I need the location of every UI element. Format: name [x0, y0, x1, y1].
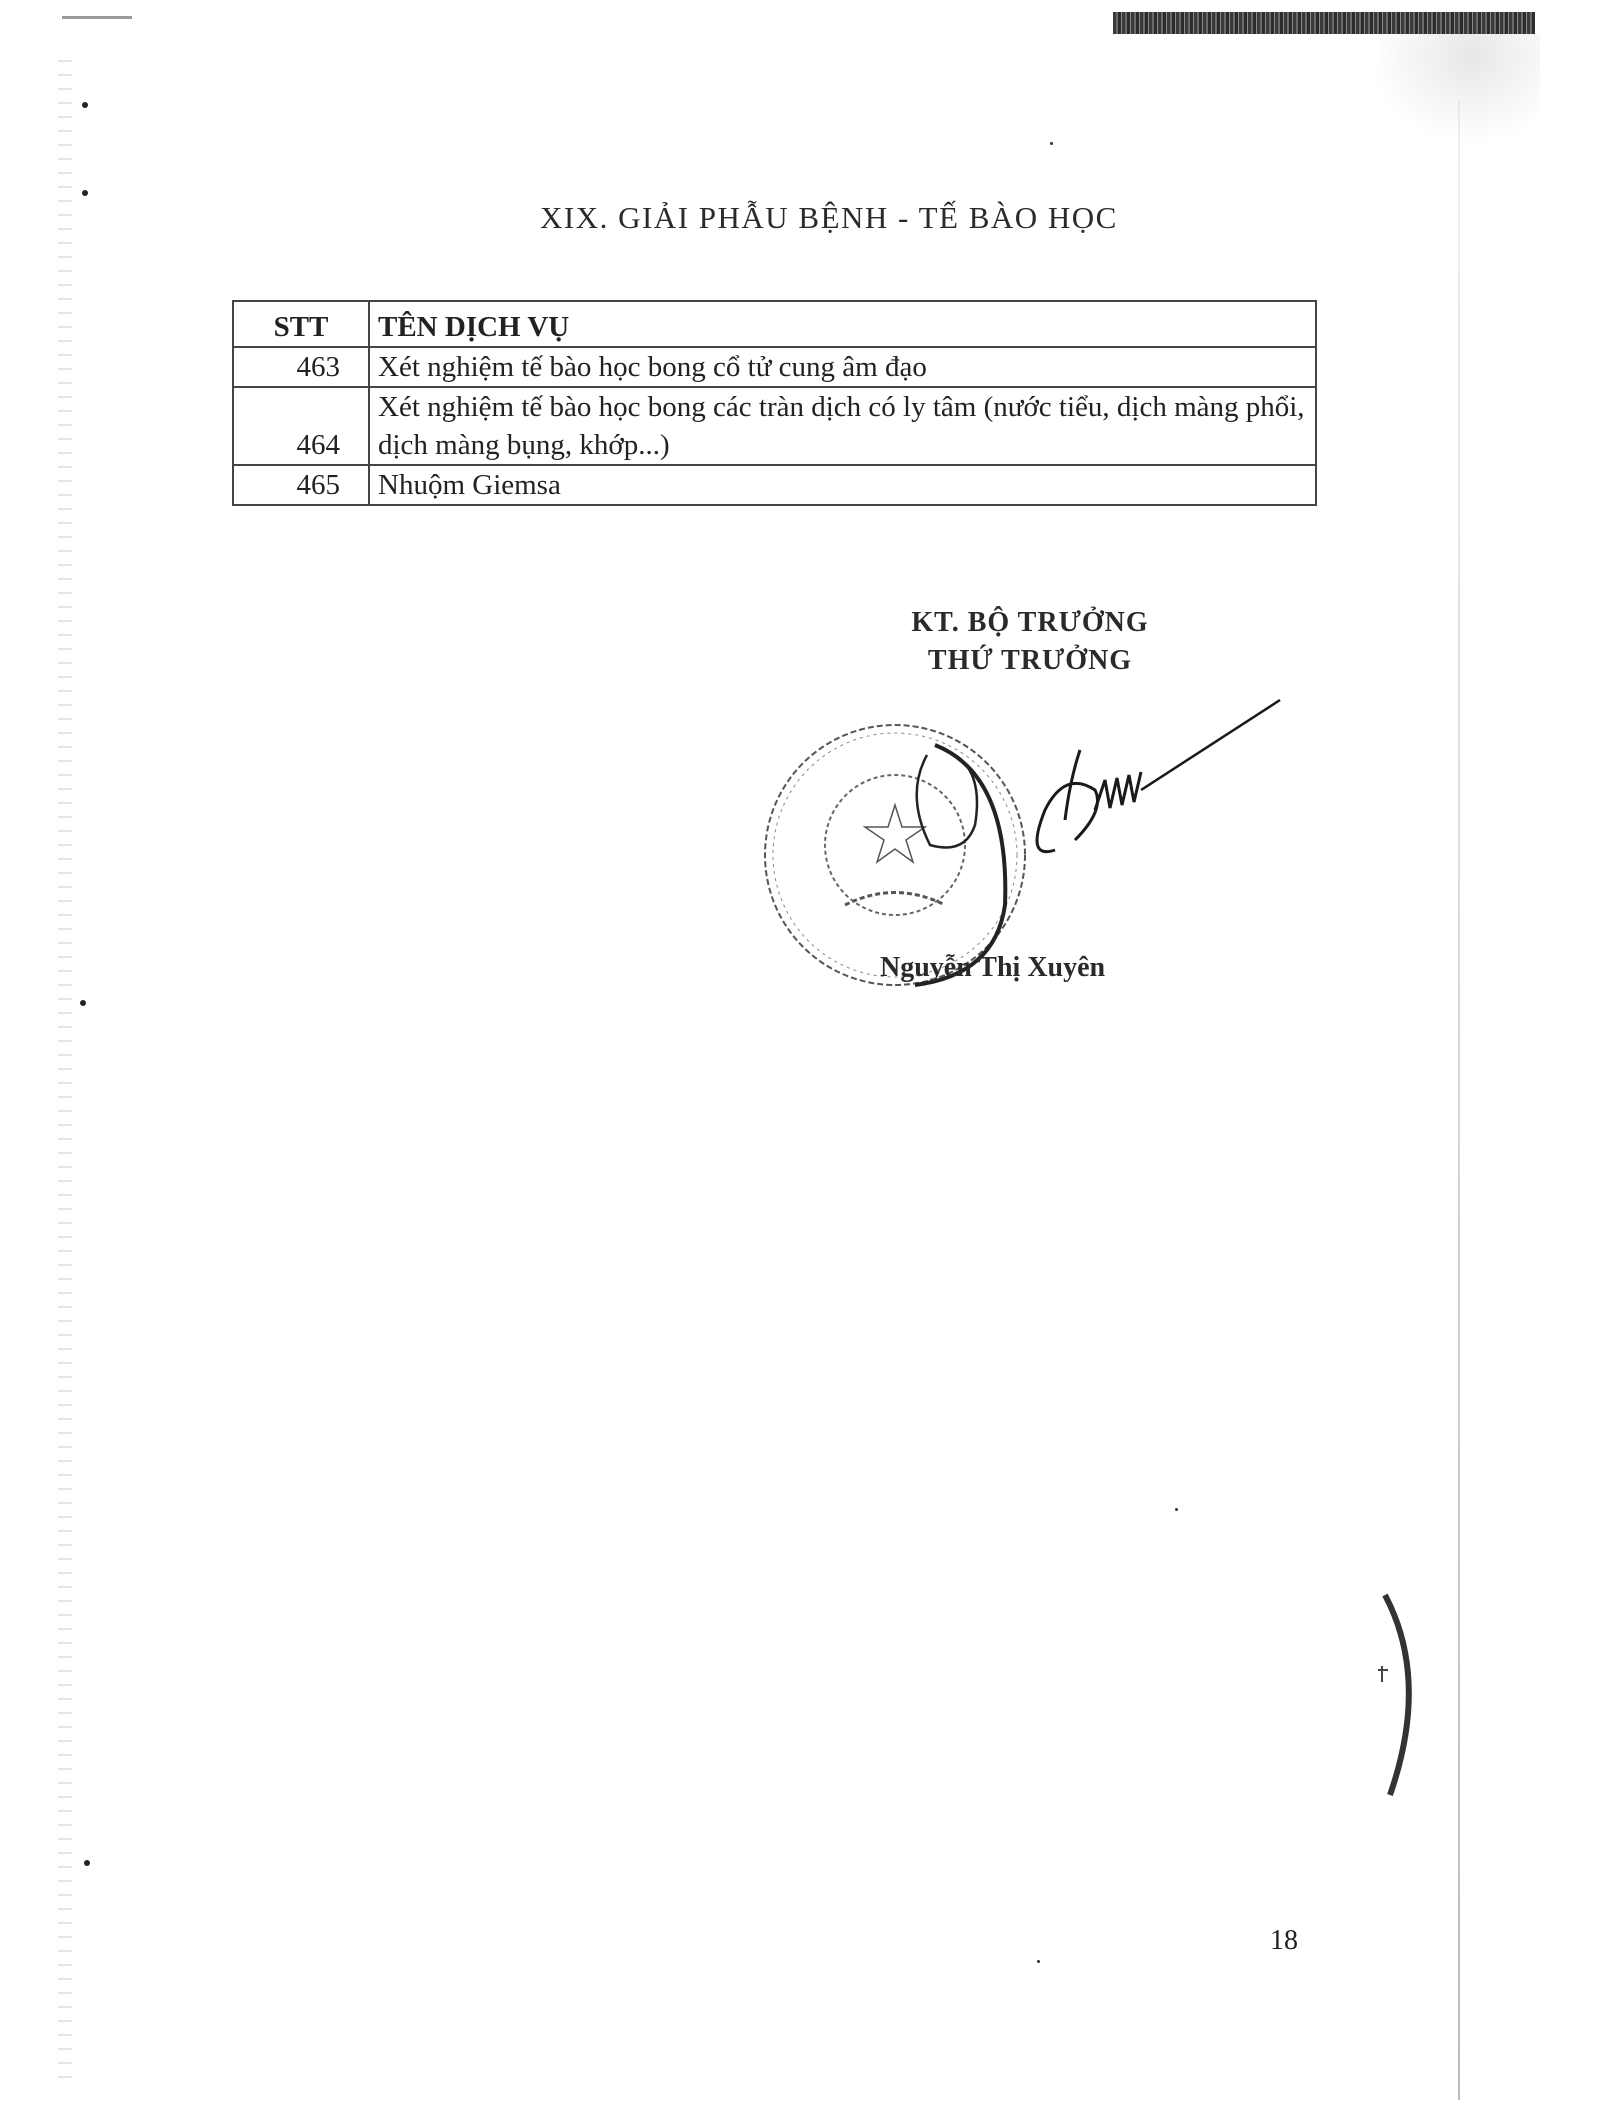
scan-speck — [1175, 1508, 1178, 1511]
row-service-name: Xét nghiệm tế bào học bong cổ tử cung âm… — [369, 347, 1316, 387]
table-row: 463 Xét nghiệm tế bào học bong cổ tử cun… — [233, 347, 1316, 387]
services-table: STT TÊN DỊCH VỤ 463 Xét nghiệm tế bào họ… — [232, 300, 1317, 506]
scan-speck — [80, 1000, 86, 1006]
row-stt: 463 — [233, 347, 369, 387]
page-number: 18 — [1270, 1925, 1298, 1957]
table-row: 464 Xét nghiệm tế bào học bong các tràn … — [233, 387, 1316, 465]
scan-artifact-top-left — [62, 16, 132, 19]
scan-speck — [82, 190, 88, 196]
signature-title-line2: THỨ TRƯỞNG — [870, 642, 1190, 680]
signer-name: Nguyễn Thị Xuyên — [880, 952, 1105, 984]
signature-title-line1: KT. BỘ TRƯỞNG — [870, 604, 1190, 642]
header-service-name: TÊN DỊCH VỤ — [369, 301, 1316, 347]
scan-artifact-shadow — [1370, 34, 1540, 144]
row-stt: 465 — [233, 465, 369, 505]
scan-speck — [82, 102, 88, 108]
handwritten-signature-icon — [995, 690, 1295, 870]
scan-speck — [1050, 142, 1053, 145]
row-stt: 464 — [233, 387, 369, 465]
scan-speck — [84, 1860, 90, 1866]
partial-seal-arc-icon — [1370, 1590, 1430, 1800]
section-title: XIX. GIẢI PHẪU BỆNH - TẾ BÀO HỌC — [540, 200, 1160, 236]
scan-speck — [1037, 1960, 1040, 1963]
row-service-name: Xét nghiệm tế bào học bong các tràn dịch… — [369, 387, 1316, 465]
table-row: 465 Nhuộm Giemsa — [233, 465, 1316, 505]
scan-artifact-right-edge — [1458, 100, 1460, 2100]
header-stt: STT — [233, 301, 369, 347]
table-header-row: STT TÊN DỊCH VỤ — [233, 301, 1316, 347]
scan-artifact-top-band — [1113, 12, 1535, 34]
scan-artifact-left-edge — [58, 60, 72, 2080]
signature-block: KT. BỘ TRƯỞNG THỨ TRƯỞNG — [870, 604, 1190, 680]
row-service-name: Nhuộm Giemsa — [369, 465, 1316, 505]
